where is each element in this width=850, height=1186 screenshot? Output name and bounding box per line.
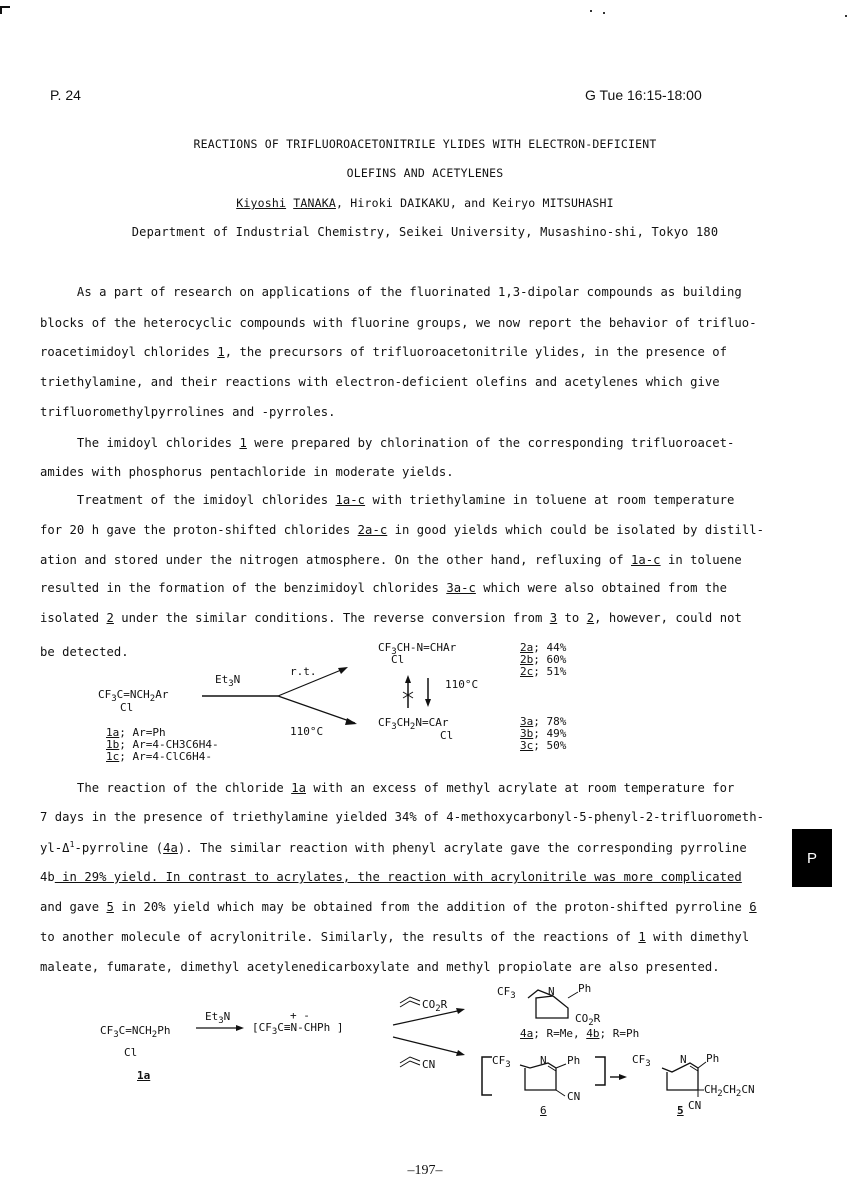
pyrroline-5-n: N <box>680 1053 687 1066</box>
pyrroline-6-n: N <box>540 1054 547 1067</box>
pyrroline-5-cf3: CF3 <box>632 1053 651 1069</box>
pyrroline-4-cf3: CF3 <box>497 985 516 1001</box>
page-folio: –197– <box>0 1163 850 1179</box>
scheme2-start-chloro: Cl <box>124 1046 137 1059</box>
acrylate-substituent: CO2R <box>422 998 447 1014</box>
scheme2-start-formula: CF3C=NCH2Ph <box>100 1024 170 1040</box>
pyrroline-4-ester: CO2R <box>575 1012 600 1028</box>
scheme2-start-label: 1a <box>137 1069 150 1082</box>
section-tab-p: P <box>792 829 832 887</box>
pyrroline-4-n: N <box>548 985 555 998</box>
section-tab-letter: P <box>807 850 817 867</box>
pyrroline-5-cn: CN <box>688 1099 701 1112</box>
pyrroline-5-side-chain: CH2CH2CN <box>704 1083 755 1099</box>
pyrroline-5-ph: Ph <box>706 1052 719 1065</box>
pyrroline-4-ph: Ph <box>578 982 591 995</box>
nitrile-ylide-intermediate: [CF3C≡N-CHPh ] <box>252 1021 344 1037</box>
pyrroline-6-cn: CN <box>567 1090 580 1103</box>
scheme2-reagent: Et3N <box>205 1010 230 1026</box>
product-5-label: 5 <box>677 1104 684 1117</box>
pyrroline-6-ph: Ph <box>567 1054 580 1067</box>
pyrroline-6-cf3: CF3 <box>492 1054 511 1070</box>
product-4-labels: 4a; R=Me, 4b; R=Ph <box>520 1027 639 1040</box>
intermediate-6-label: 6 <box>540 1104 547 1117</box>
acrylonitrile-substituent: CN <box>422 1058 435 1071</box>
